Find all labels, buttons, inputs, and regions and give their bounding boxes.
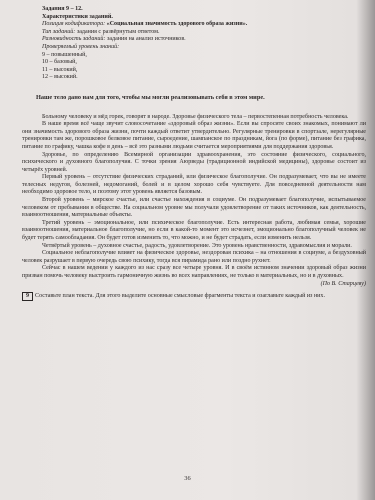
- variety-value: задания на анализ источников.: [107, 36, 186, 42]
- level-item: 12 – высокий.: [42, 74, 366, 82]
- variety-line: Разновидность заданий: задания на анализ…: [42, 36, 366, 44]
- epigraph: Наше тело дано нам для того, чтобы мы мо…: [36, 94, 366, 102]
- author-attribution: (По В. Старцеву): [22, 281, 366, 289]
- type-value: задания с развёрнутым ответом.: [77, 29, 160, 35]
- paragraph: В наше время всё чаще звучит словосочета…: [22, 121, 366, 151]
- tasks-title: Задания 9 – 12.: [42, 6, 366, 14]
- page-number: 36: [0, 475, 375, 482]
- task-number-box: 9: [22, 292, 33, 301]
- level-item: 9 – повышенный,: [42, 52, 366, 60]
- source-text: Больному человеку и мёд горек, говорят в…: [22, 114, 366, 289]
- type-label: Тип заданий:: [42, 29, 75, 35]
- task-header: Задания 9 – 12. Характеристики заданий. …: [22, 6, 366, 82]
- paragraph: Больному человеку и мёд горек, говорят в…: [22, 114, 366, 122]
- paragraph: Первый уровень – отсутствие физических с…: [22, 174, 366, 197]
- variety-label: Разновидность заданий:: [42, 36, 105, 42]
- codifier-line: Позиция кодификатора: «Социальная значим…: [42, 21, 366, 29]
- paragraph: Второй уровень – мирское счастье, или сч…: [22, 197, 366, 220]
- page-content: Задания 9 – 12. Характеристики заданий. …: [22, 6, 366, 301]
- paragraph: Третий уровень – эмоциональное, или псих…: [22, 220, 366, 243]
- level-label: Проверяемый уровень знаний:: [42, 44, 366, 52]
- paragraph: Сейчас в нашем ведении у каждого из нас …: [22, 265, 366, 280]
- level-item: 11 – высокий,: [42, 67, 366, 75]
- paragraph: Здоровье, по определению Всемирной орган…: [22, 152, 366, 175]
- paragraph: Социальное неблагополучие влияет на физи…: [22, 250, 366, 265]
- book-page: Задания 9 – 12. Характеристики заданий. …: [0, 0, 375, 500]
- level-item: 10 – базовый,: [42, 59, 366, 67]
- codifier-label: Позиция кодификатора:: [42, 21, 105, 27]
- task-9: 9Составьте план текста. Для этого выдели…: [22, 292, 366, 301]
- codifier-value: «Социальная значимость здорового образа …: [107, 21, 248, 27]
- task-text: Составьте план текста. Для этого выделит…: [35, 293, 325, 299]
